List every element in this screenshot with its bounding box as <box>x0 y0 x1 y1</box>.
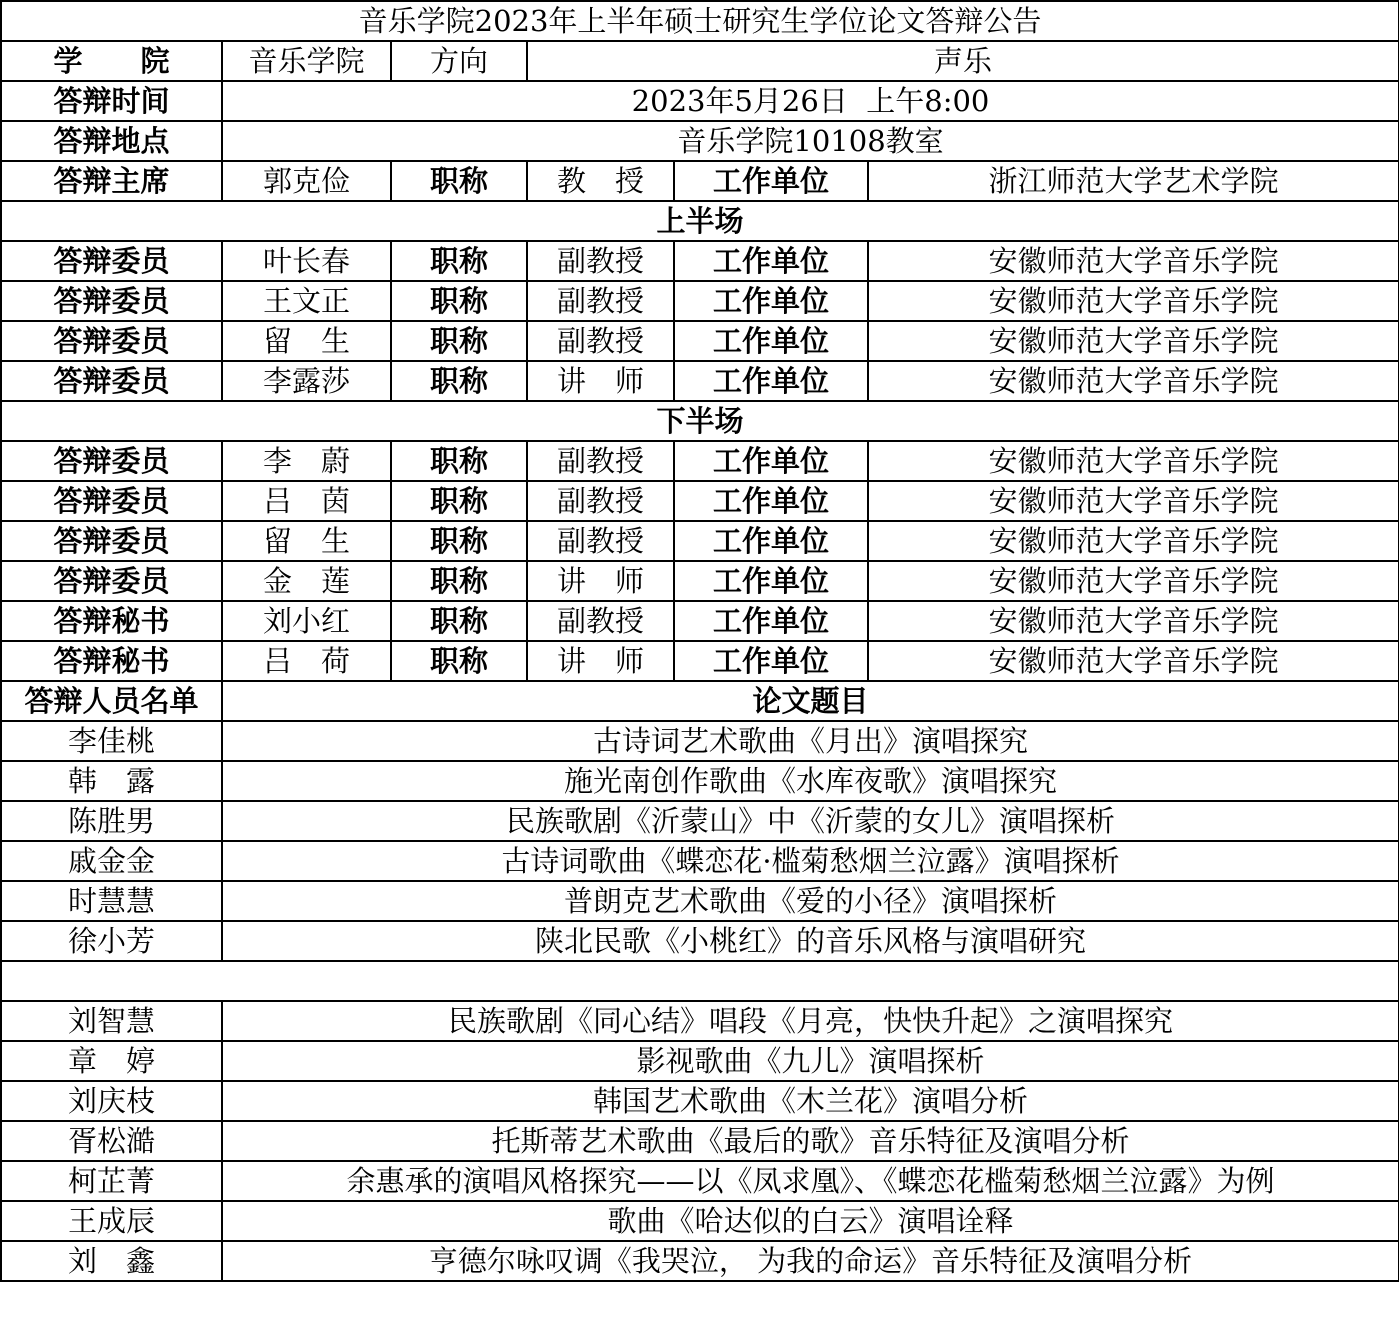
committee-row: 答辩委员 金 莲 职称 讲 师 工作单位 安徽师范大学音乐学院 <box>1 561 1399 601</box>
thesis-topic: 古诗词歌曲《蝶恋花·槛菊愁烟兰泣露》演唱探析 <box>222 841 1399 881</box>
chair-unit-label: 工作单位 <box>674 161 868 201</box>
member-unit: 安徽师范大学音乐学院 <box>868 521 1399 561</box>
member-unit-label: 工作单位 <box>674 561 868 601</box>
place-row: 答辩地点 音乐学院10108教室 <box>1 121 1399 161</box>
member-unit: 安徽师范大学音乐学院 <box>868 321 1399 361</box>
thesis-topic: 施光南创作歌曲《水库夜歌》演唱探究 <box>222 761 1399 801</box>
first-half-label: 上半场 <box>1 201 1399 241</box>
candidate-name: 韩 露 <box>1 761 222 801</box>
college-value: 音乐学院 <box>222 41 391 81</box>
group-separator-row <box>1 961 1399 1001</box>
member-title: 副教授 <box>527 241 674 281</box>
member-title-label: 职称 <box>391 561 527 601</box>
member-unit: 安徽师范大学音乐学院 <box>868 241 1399 281</box>
member-unit-label: 工作单位 <box>674 241 868 281</box>
member-unit: 安徽师范大学音乐学院 <box>868 641 1399 681</box>
member-title-label: 职称 <box>391 321 527 361</box>
candidate-name: 刘 鑫 <box>1 1241 222 1281</box>
time-value: 2023年5月26日 上午8:00 <box>222 81 1399 121</box>
candidate-name: 徐小芳 <box>1 921 222 961</box>
member-role: 答辩委员 <box>1 361 222 401</box>
thesis-topic-header: 论文题目 <box>222 681 1399 721</box>
chair-title: 教 授 <box>527 161 674 201</box>
member-title: 副教授 <box>527 281 674 321</box>
thesis-topic: 普朗克艺术歌曲《爱的小径》演唱探析 <box>222 881 1399 921</box>
place-label: 答辩地点 <box>1 121 222 161</box>
candidate-name: 陈胜男 <box>1 801 222 841</box>
time-label: 答辩时间 <box>1 81 222 121</box>
member-title: 副教授 <box>527 521 674 561</box>
candidate-row: 戚金金 古诗词歌曲《蝶恋花·槛菊愁烟兰泣露》演唱探析 <box>1 841 1399 881</box>
second-half-label: 下半场 <box>1 401 1399 441</box>
member-name: 李露莎 <box>222 361 391 401</box>
candidate-name: 柯芷菁 <box>1 1161 222 1201</box>
candidate-row: 韩 露 施光南创作歌曲《水库夜歌》演唱探究 <box>1 761 1399 801</box>
candidate-name: 刘庆枝 <box>1 1081 222 1121</box>
candidate-name: 章 婷 <box>1 1041 222 1081</box>
candidate-row: 刘 鑫 亨德尔咏叹调《我哭泣， 为我的命运》音乐特征及演唱分析 <box>1 1241 1399 1281</box>
member-name: 王文正 <box>222 281 391 321</box>
committee-row: 答辩委员 吕 茵 职称 副教授 工作单位 安徽师范大学音乐学院 <box>1 481 1399 521</box>
member-unit: 安徽师范大学音乐学院 <box>868 281 1399 321</box>
thesis-topic: 托斯蒂艺术歌曲《最后的歌》音乐特征及演唱分析 <box>222 1121 1399 1161</box>
member-unit: 安徽师范大学音乐学院 <box>868 561 1399 601</box>
member-unit-label: 工作单位 <box>674 441 868 481</box>
member-name: 叶长春 <box>222 241 391 281</box>
candidate-name: 李佳桃 <box>1 721 222 761</box>
member-unit: 安徽师范大学音乐学院 <box>868 481 1399 521</box>
member-name: 留 生 <box>222 521 391 561</box>
thesis-topic: 影视歌曲《九儿》演唱探析 <box>222 1041 1399 1081</box>
member-role: 答辩秘书 <box>1 641 222 681</box>
member-title-label: 职称 <box>391 481 527 521</box>
member-name: 金 莲 <box>222 561 391 601</box>
member-title: 副教授 <box>527 601 674 641</box>
thesis-topic: 民族歌剧《同心结》唱段《月亮，快快升起》之演唱探究 <box>222 1001 1399 1041</box>
candidate-name-header: 答辩人员名单 <box>1 681 222 721</box>
committee-row: 答辩委员 李 蔚 职称 副教授 工作单位 安徽师范大学音乐学院 <box>1 441 1399 481</box>
member-title: 讲 师 <box>527 641 674 681</box>
member-title-label: 职称 <box>391 361 527 401</box>
college-label: 学 院 <box>1 41 222 81</box>
candidate-name: 时慧慧 <box>1 881 222 921</box>
candidate-name: 胥松澔 <box>1 1121 222 1161</box>
member-title: 副教授 <box>527 321 674 361</box>
candidate-name: 戚金金 <box>1 841 222 881</box>
candidate-row: 李佳桃 古诗词艺术歌曲《月出》演唱探究 <box>1 721 1399 761</box>
member-title-label: 职称 <box>391 281 527 321</box>
thesis-topic: 韩国艺术歌曲《木兰花》演唱分析 <box>222 1081 1399 1121</box>
direction-value: 声乐 <box>527 41 1399 81</box>
member-role: 答辩委员 <box>1 321 222 361</box>
member-title: 讲 师 <box>527 561 674 601</box>
thesis-topic: 歌曲《哈达似的白云》演唱诠释 <box>222 1201 1399 1241</box>
secretary-row: 答辩秘书 吕 荷 职称 讲 师 工作单位 安徽师范大学音乐学院 <box>1 641 1399 681</box>
page-title: 音乐学院2023年上半年硕士研究生学位论文答辩公告 <box>1 1 1399 41</box>
chair-unit: 浙江师范大学艺术学院 <box>868 161 1399 201</box>
member-name: 李 蔚 <box>222 441 391 481</box>
chair-role: 答辩主席 <box>1 161 222 201</box>
chair-name: 郭克俭 <box>222 161 391 201</box>
second-half-section-row: 下半场 <box>1 401 1399 441</box>
candidate-name: 刘智慧 <box>1 1001 222 1041</box>
member-name: 吕 荷 <box>222 641 391 681</box>
member-role: 答辩委员 <box>1 441 222 481</box>
chair-title-label: 职称 <box>391 161 527 201</box>
member-title: 讲 师 <box>527 361 674 401</box>
member-unit: 安徽师范大学音乐学院 <box>868 601 1399 641</box>
member-unit-label: 工作单位 <box>674 481 868 521</box>
member-unit-label: 工作单位 <box>674 281 868 321</box>
member-role: 答辩委员 <box>1 241 222 281</box>
member-title-label: 职称 <box>391 521 527 561</box>
member-title-label: 职称 <box>391 641 527 681</box>
member-unit-label: 工作单位 <box>674 601 868 641</box>
candidate-row: 章 婷 影视歌曲《九儿》演唱探析 <box>1 1041 1399 1081</box>
group-separator <box>1 961 1399 1001</box>
first-half-section-row: 上半场 <box>1 201 1399 241</box>
thesis-topic: 余惠承的演唱风格探究——以《凤求凰》、《蝶恋花槛菊愁烟兰泣露》为例 <box>222 1161 1399 1201</box>
member-role: 答辩委员 <box>1 521 222 561</box>
candidate-row: 刘智慧 民族歌剧《同心结》唱段《月亮，快快升起》之演唱探究 <box>1 1001 1399 1041</box>
secretary-row: 答辩秘书 刘小红 职称 副教授 工作单位 安徽师范大学音乐学院 <box>1 601 1399 641</box>
member-role: 答辩委员 <box>1 281 222 321</box>
thesis-topic: 古诗词艺术歌曲《月出》演唱探究 <box>222 721 1399 761</box>
committee-row: 答辩委员 王文正 职称 副教授 工作单位 安徽师范大学音乐学院 <box>1 281 1399 321</box>
committee-row: 答辩委员 叶长春 职称 副教授 工作单位 安徽师范大学音乐学院 <box>1 241 1399 281</box>
committee-row: 答辩委员 留 生 职称 副教授 工作单位 安徽师范大学音乐学院 <box>1 521 1399 561</box>
candidate-row: 陈胜男 民族歌剧《沂蒙山》中《沂蒙的女儿》演唱探析 <box>1 801 1399 841</box>
place-value: 音乐学院10108教室 <box>222 121 1399 161</box>
member-unit: 安徽师范大学音乐学院 <box>868 361 1399 401</box>
direction-label: 方向 <box>391 41 527 81</box>
member-unit-label: 工作单位 <box>674 361 868 401</box>
candidate-row: 柯芷菁 余惠承的演唱风格探究——以《凤求凰》、《蝶恋花槛菊愁烟兰泣露》为例 <box>1 1161 1399 1201</box>
committee-row: 答辩委员 留 生 职称 副教授 工作单位 安徽师范大学音乐学院 <box>1 321 1399 361</box>
time-row: 答辩时间 2023年5月26日 上午8:00 <box>1 81 1399 121</box>
candidate-row: 时慧慧 普朗克艺术歌曲《爱的小径》演唱探析 <box>1 881 1399 921</box>
member-name: 留 生 <box>222 321 391 361</box>
member-unit-label: 工作单位 <box>674 641 868 681</box>
title-row: 音乐学院2023年上半年硕士研究生学位论文答辩公告 <box>1 1 1399 41</box>
member-unit-label: 工作单位 <box>674 521 868 561</box>
thesis-topic: 亨德尔咏叹调《我哭泣， 为我的命运》音乐特征及演唱分析 <box>222 1241 1399 1281</box>
member-role: 答辩秘书 <box>1 601 222 641</box>
member-name: 刘小红 <box>222 601 391 641</box>
defense-announcement-table: 音乐学院2023年上半年硕士研究生学位论文答辩公告 学 院 音乐学院 方向 声乐… <box>0 0 1399 1282</box>
candidate-row: 王成辰 歌曲《哈达似的白云》演唱诠释 <box>1 1201 1399 1241</box>
thesis-topic: 陕北民歌《小桃红》的音乐风格与演唱研究 <box>222 921 1399 961</box>
member-title-label: 职称 <box>391 441 527 481</box>
member-name: 吕 茵 <box>222 481 391 521</box>
candidate-row: 刘庆枝 韩国艺术歌曲《木兰花》演唱分析 <box>1 1081 1399 1121</box>
college-row: 学 院 音乐学院 方向 声乐 <box>1 41 1399 81</box>
candidates-header-row: 答辩人员名单 论文题目 <box>1 681 1399 721</box>
member-role: 答辩委员 <box>1 481 222 521</box>
thesis-topic: 民族歌剧《沂蒙山》中《沂蒙的女儿》演唱探析 <box>222 801 1399 841</box>
member-unit: 安徽师范大学音乐学院 <box>868 441 1399 481</box>
member-title: 副教授 <box>527 481 674 521</box>
member-unit-label: 工作单位 <box>674 321 868 361</box>
chair-row: 答辩主席 郭克俭 职称 教 授 工作单位 浙江师范大学艺术学院 <box>1 161 1399 201</box>
member-role: 答辩委员 <box>1 561 222 601</box>
candidate-row: 徐小芳 陕北民歌《小桃红》的音乐风格与演唱研究 <box>1 921 1399 961</box>
candidate-row: 胥松澔 托斯蒂艺术歌曲《最后的歌》音乐特征及演唱分析 <box>1 1121 1399 1161</box>
member-title-label: 职称 <box>391 601 527 641</box>
candidate-name: 王成辰 <box>1 1201 222 1241</box>
member-title-label: 职称 <box>391 241 527 281</box>
committee-row: 答辩委员 李露莎 职称 讲 师 工作单位 安徽师范大学音乐学院 <box>1 361 1399 401</box>
member-title: 副教授 <box>527 441 674 481</box>
